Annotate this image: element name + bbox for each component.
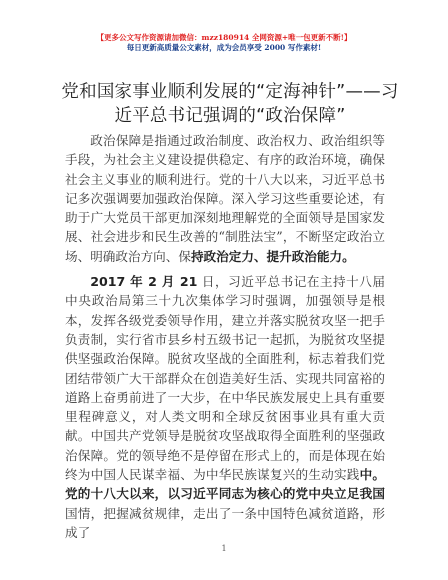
document-title: 党和国家事业顺利发展的“定海神针”——习 近平总书记强调的“政治保障”: [60, 80, 400, 128]
paragraph-1: 政治保障是指通过政治制度、政治权力、政治组织等手段，为社会主义建设提供稳定、有序…: [65, 131, 385, 266]
title-line-2: 近平总书记强调的“政治保障”: [60, 104, 400, 128]
paragraph-2-text: 日，习近平总书记在主持十八届中央政治局第三十九次集体学习时强调，加强领导是根本，…: [65, 274, 385, 482]
paragraph-2: 2017 年 2 月 21 日，习近平总书记在主持十八届中央政治局第三十九次集体…: [65, 272, 385, 542]
paragraph-2-date: 2017 年 2 月 21: [90, 274, 197, 289]
promo-line-2: 每日更新高质量公文素材，成为会员享受 2000 写作素材!: [0, 43, 448, 53]
paragraph-1-bold: 持政治定力、提升政治能力。: [191, 249, 355, 264]
paragraph-2-end: 国情，把握减贫规律，走出了一条中国特色减贫道路，形成了: [65, 506, 385, 540]
paragraph-1-text: 政治保障是指通过政治制度、政治权力、政治组织等手段，为社会主义建设提供稳定、有序…: [65, 133, 385, 264]
document-body: 政治保障是指通过政治制度、政治权力、政治组织等手段，为社会主义建设提供稳定、有序…: [65, 131, 385, 542]
page-number: 1: [0, 544, 448, 553]
promo-line-1: 【更多公文写作资源请加微信：mzz180914 全网资源+唯一包更新不断!】: [0, 33, 448, 43]
promo-banner: 【更多公文写作资源请加微信：mzz180914 全网资源+唯一包更新不断!】 每…: [0, 33, 448, 53]
title-line-1: 党和国家事业顺利发展的“定海神针”——习: [60, 80, 400, 104]
